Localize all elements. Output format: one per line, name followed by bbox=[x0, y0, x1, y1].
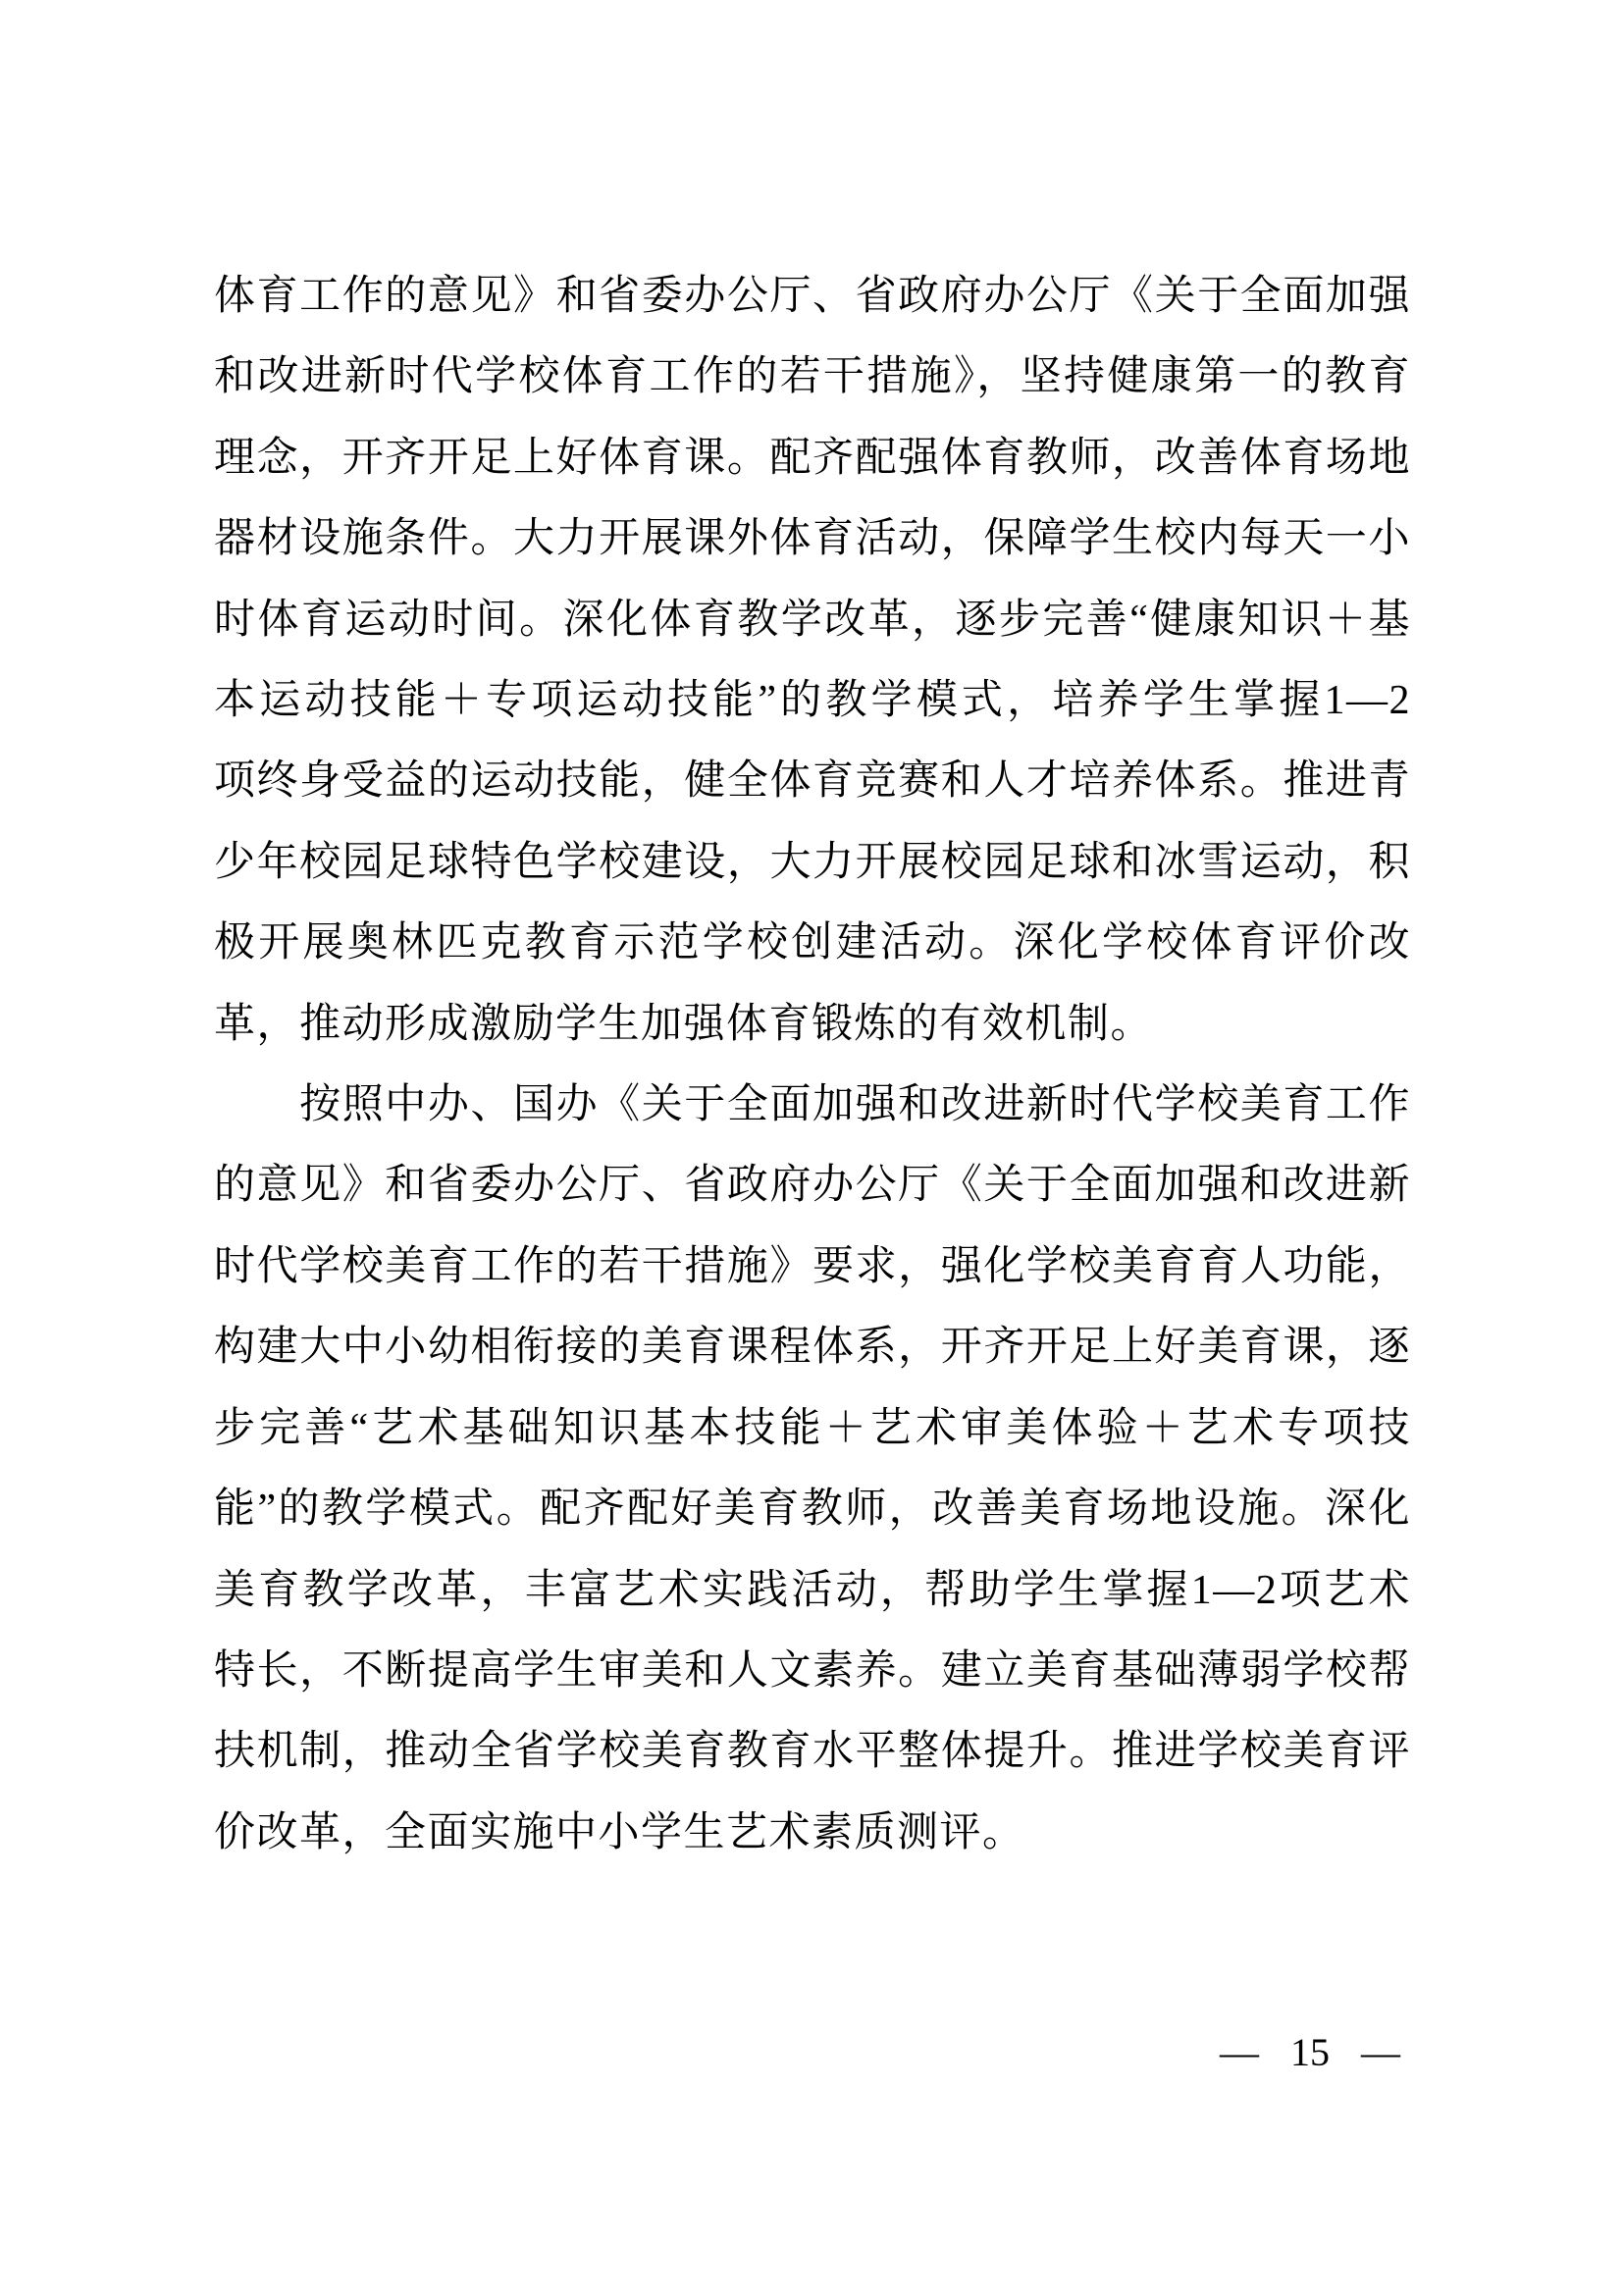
document-page: 体育工作的意见》和省委办公厅、省政府办公厅《关于全面加强和改进新时代学校体育工作… bbox=[0, 0, 1624, 2296]
text-line: 时体育运动时间。深化体育教学改革，逐步完善“健康知识＋基 bbox=[214, 580, 1411, 660]
text-line: 项终身受益的运动技能，健全体育竞赛和人才培养体系。推进青 bbox=[214, 741, 1411, 821]
text-line: 极开展奥林匹克教育示范学校创建活动。深化学校体育评价改 bbox=[214, 903, 1411, 983]
text-line: 扶机制，推动全省学校美育教育水平整体提升。推进学校美育评 bbox=[214, 1711, 1411, 1792]
text-line: 的意见》和省委办公厅、省政府办公厅《关于全面加强和改进新 bbox=[214, 1145, 1411, 1226]
text-line: 步完善“艺术基础知识基本技能＋艺术审美体验＋艺术专项技 bbox=[214, 1388, 1411, 1469]
text-line: 特长，不断提高学生审美和人文素养。建立美育基础薄弱学校帮 bbox=[214, 1631, 1411, 1711]
text-line: 价改革，全面实施中小学生艺术素质测评。 bbox=[214, 1793, 1411, 1873]
text-line: 构建大中小幼相衔接的美育课程体系，开齐开足上好美育课，逐 bbox=[214, 1307, 1411, 1387]
text-line: 少年校园足球特色学校建设，大力开展校园足球和冰雪运动，积 bbox=[214, 822, 1411, 903]
text-line: 体育工作的意见》和省委办公厅、省政府办公厅《关于全面加强 bbox=[214, 256, 1411, 337]
text-line: 时代学校美育工作的若干措施》要求，强化学校美育育人功能， bbox=[214, 1226, 1411, 1307]
text-line: 美育教学改革，丰富艺术实践活动，帮助学生掌握1—2项艺术 bbox=[214, 1550, 1411, 1631]
text-line: 本运动技能＋专项运动技能”的教学模式，培养学生掌握1—2 bbox=[214, 660, 1411, 741]
body-text: 体育工作的意见》和省委办公厅、省政府办公厅《关于全面加强和改进新时代学校体育工作… bbox=[214, 256, 1411, 1873]
page-number: — 15 — bbox=[1220, 2033, 1400, 2072]
text-line: 革，推动形成激励学生加强体育锻炼的有效机制。 bbox=[214, 984, 1411, 1065]
text-line: 器材设施条件。大力开展课外体育活动，保障学生校内每天一小 bbox=[214, 498, 1411, 579]
text-line: 和改进新时代学校体育工作的若干措施》，坚持健康第一的教育 bbox=[214, 337, 1411, 417]
text-line: 理念，开齐开足上好体育课。配齐配强体育教师，改善体育场地 bbox=[214, 418, 1411, 498]
paragraph: 体育工作的意见》和省委办公厅、省政府办公厅《关于全面加强和改进新时代学校体育工作… bbox=[214, 256, 1411, 1065]
text-line: 能”的教学模式。配齐配好美育教师，改善美育场地设施。深化 bbox=[214, 1469, 1411, 1549]
text-line: 按照中办、国办《关于全面加强和改进新时代学校美育工作 bbox=[214, 1065, 1411, 1145]
paragraph: 按照中办、国办《关于全面加强和改进新时代学校美育工作的意见》和省委办公厅、省政府… bbox=[214, 1065, 1411, 1873]
